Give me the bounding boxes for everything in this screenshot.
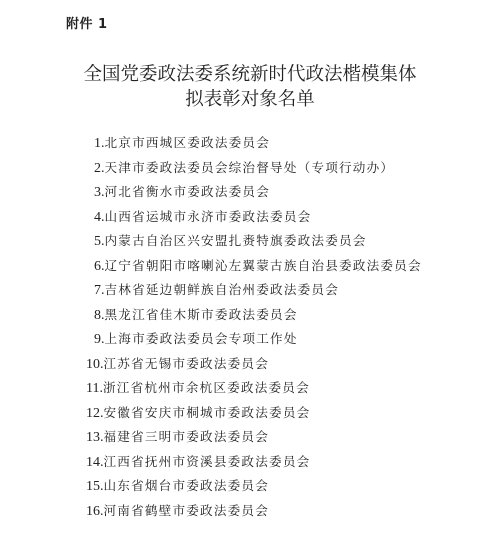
list-item: 1.北京市西城区委政法委员会: [94, 133, 422, 158]
list-item: 14.江西省抚州市资溪县委政法委员会: [86, 452, 422, 477]
list-item: 12.安徽省安庆市桐城市委政法委员会: [86, 403, 422, 428]
list-item: 8.黑龙江省佳木斯市委政法委员会: [94, 305, 422, 330]
list-item: 2.天津市委政法委员会综治督导处（专项行动办）: [94, 158, 422, 183]
list-item: 6.辽宁省朝阳市喀喇沁左翼蒙古族自治县委政法委员会: [94, 256, 422, 281]
document-title: 全国党委政法委系统新时代政法楷模集体 拟表彰对象名单: [0, 62, 500, 112]
title-line-1: 全国党委政法委系统新时代政法楷模集体: [0, 62, 500, 87]
list-item: 4.山西省运城市永济市委政法委员会: [94, 207, 422, 232]
list-item: 16.河南省鹤壁市委政法委员会: [86, 501, 422, 526]
attachment-label: 附件 1: [66, 13, 108, 32]
list-item: 10.江苏省无锡市委政法委员会: [86, 354, 422, 379]
list-item: 3.河北省衡水市委政法委员会: [94, 182, 422, 207]
list-item: 7.吉林省延边朝鲜族自治州委政法委员会: [94, 280, 422, 305]
list-item: 5.内蒙古自治区兴安盟扎赉特旗委政法委员会: [94, 231, 422, 256]
list-item: 9.上海市委政法委员会专项工作处: [94, 329, 422, 354]
honoree-list: 1.北京市西城区委政法委员会 2.天津市委政法委员会综治督导处（专项行动办） 3…: [94, 133, 422, 525]
list-item: 11.浙江省杭州市余杭区委政法委员会: [86, 378, 422, 403]
list-item: 15.山东省烟台市委政法委员会: [86, 476, 422, 501]
list-item: 13.福建省三明市委政法委员会: [86, 427, 422, 452]
title-line-2: 拟表彰对象名单: [0, 87, 500, 112]
